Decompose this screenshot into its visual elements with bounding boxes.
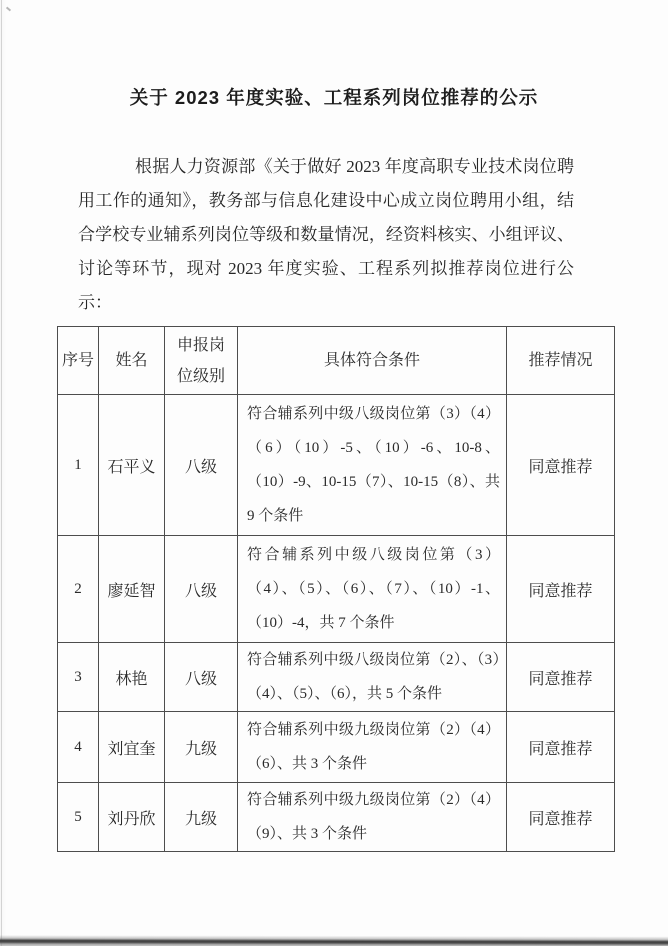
cell-index: 2 <box>58 536 99 643</box>
table-row: 1 石平义 八级 符合辅系列中级八级岗位第（3）（4）（6）（10）-5、（10… <box>58 395 615 536</box>
cell-conditions: 符合辅系列中级八级岗位第（2）、（3）（4）、（5）、（6），共 5 个条件 <box>238 643 507 712</box>
scan-artifact-speck <box>6 7 11 12</box>
header-index: 序号 <box>58 327 99 395</box>
table-row: 4 刘宜奎 九级 符合辅系列中级九级岗位第（2）（4）（6）、共 3 个条件 同… <box>58 712 615 783</box>
scan-artifact-left-edge <box>1 0 2 946</box>
cell-recommendation: 同意推荐 <box>507 712 615 783</box>
cell-recommendation: 同意推荐 <box>507 643 615 712</box>
table-row: 3 林艳 八级 符合辅系列中级八级岗位第（2）、（3）（4）、（5）、（6），共… <box>58 643 615 712</box>
cell-index: 4 <box>58 712 99 783</box>
cell-conditions: 符合辅系列中级八级岗位第（3）（4）（6）（10）-5、（10）-6、10-8、… <box>238 395 507 536</box>
cell-name: 林艳 <box>99 643 165 712</box>
header-recommendation: 推荐情况 <box>507 327 615 395</box>
cell-conditions: 符合辅系列中级八级岗位第（3）（4）、（5）、（6）、（7）、（10）-1、（1… <box>238 536 507 643</box>
header-conditions: 具体符合条件 <box>238 327 507 395</box>
cell-conditions: 符合辅系列中级九级岗位第（2）（4）（6）、共 3 个条件 <box>238 712 507 783</box>
cell-recommendation: 同意推荐 <box>507 783 615 852</box>
table-header-row: 序号 姓名 申报岗位级别 具体符合条件 推荐情况 <box>58 327 615 395</box>
cell-index: 3 <box>58 643 99 712</box>
cell-recommendation: 同意推荐 <box>507 395 615 536</box>
cell-index: 1 <box>58 395 99 536</box>
intro-paragraph: 根据人力资源部《关于做好 2023 年度高职专业技术岗位聘用工作的通知》，教务部… <box>78 150 574 320</box>
cell-level: 八级 <box>165 395 238 536</box>
table-body: 1 石平义 八级 符合辅系列中级八级岗位第（3）（4）（6）（10）-5、（10… <box>58 395 615 852</box>
cell-index: 5 <box>58 783 99 852</box>
cell-level: 九级 <box>165 712 238 783</box>
cell-name: 石平义 <box>99 395 165 536</box>
scan-artifact-bottom-band <box>0 935 668 946</box>
scanned-document-page: 关于 2023 年度实验、工程系列岗位推荐的公示 根据人力资源部《关于做好 20… <box>0 0 668 946</box>
cell-level: 八级 <box>165 536 238 643</box>
recommendation-table: 序号 姓名 申报岗位级别 具体符合条件 推荐情况 1 石平义 八级 符合辅系列中… <box>57 326 615 852</box>
cell-level: 九级 <box>165 783 238 852</box>
document-title: 关于 2023 年度实验、工程系列岗位推荐的公示 <box>0 84 668 110</box>
header-name: 姓名 <box>99 327 165 395</box>
cell-conditions: 符合辅系列中级九级岗位第（2）（4）（9）、共 3 个条件 <box>238 783 507 852</box>
table-row: 5 刘丹欣 九级 符合辅系列中级九级岗位第（2）（4）（9）、共 3 个条件 同… <box>58 783 615 852</box>
header-level: 申报岗位级别 <box>165 327 238 395</box>
cell-level: 八级 <box>165 643 238 712</box>
cell-name: 刘宜奎 <box>99 712 165 783</box>
cell-name: 刘丹欣 <box>99 783 165 852</box>
cell-name: 廖延智 <box>99 536 165 643</box>
table-row: 2 廖延智 八级 符合辅系列中级八级岗位第（3）（4）、（5）、（6）、（7）、… <box>58 536 615 643</box>
cell-recommendation: 同意推荐 <box>507 536 615 643</box>
